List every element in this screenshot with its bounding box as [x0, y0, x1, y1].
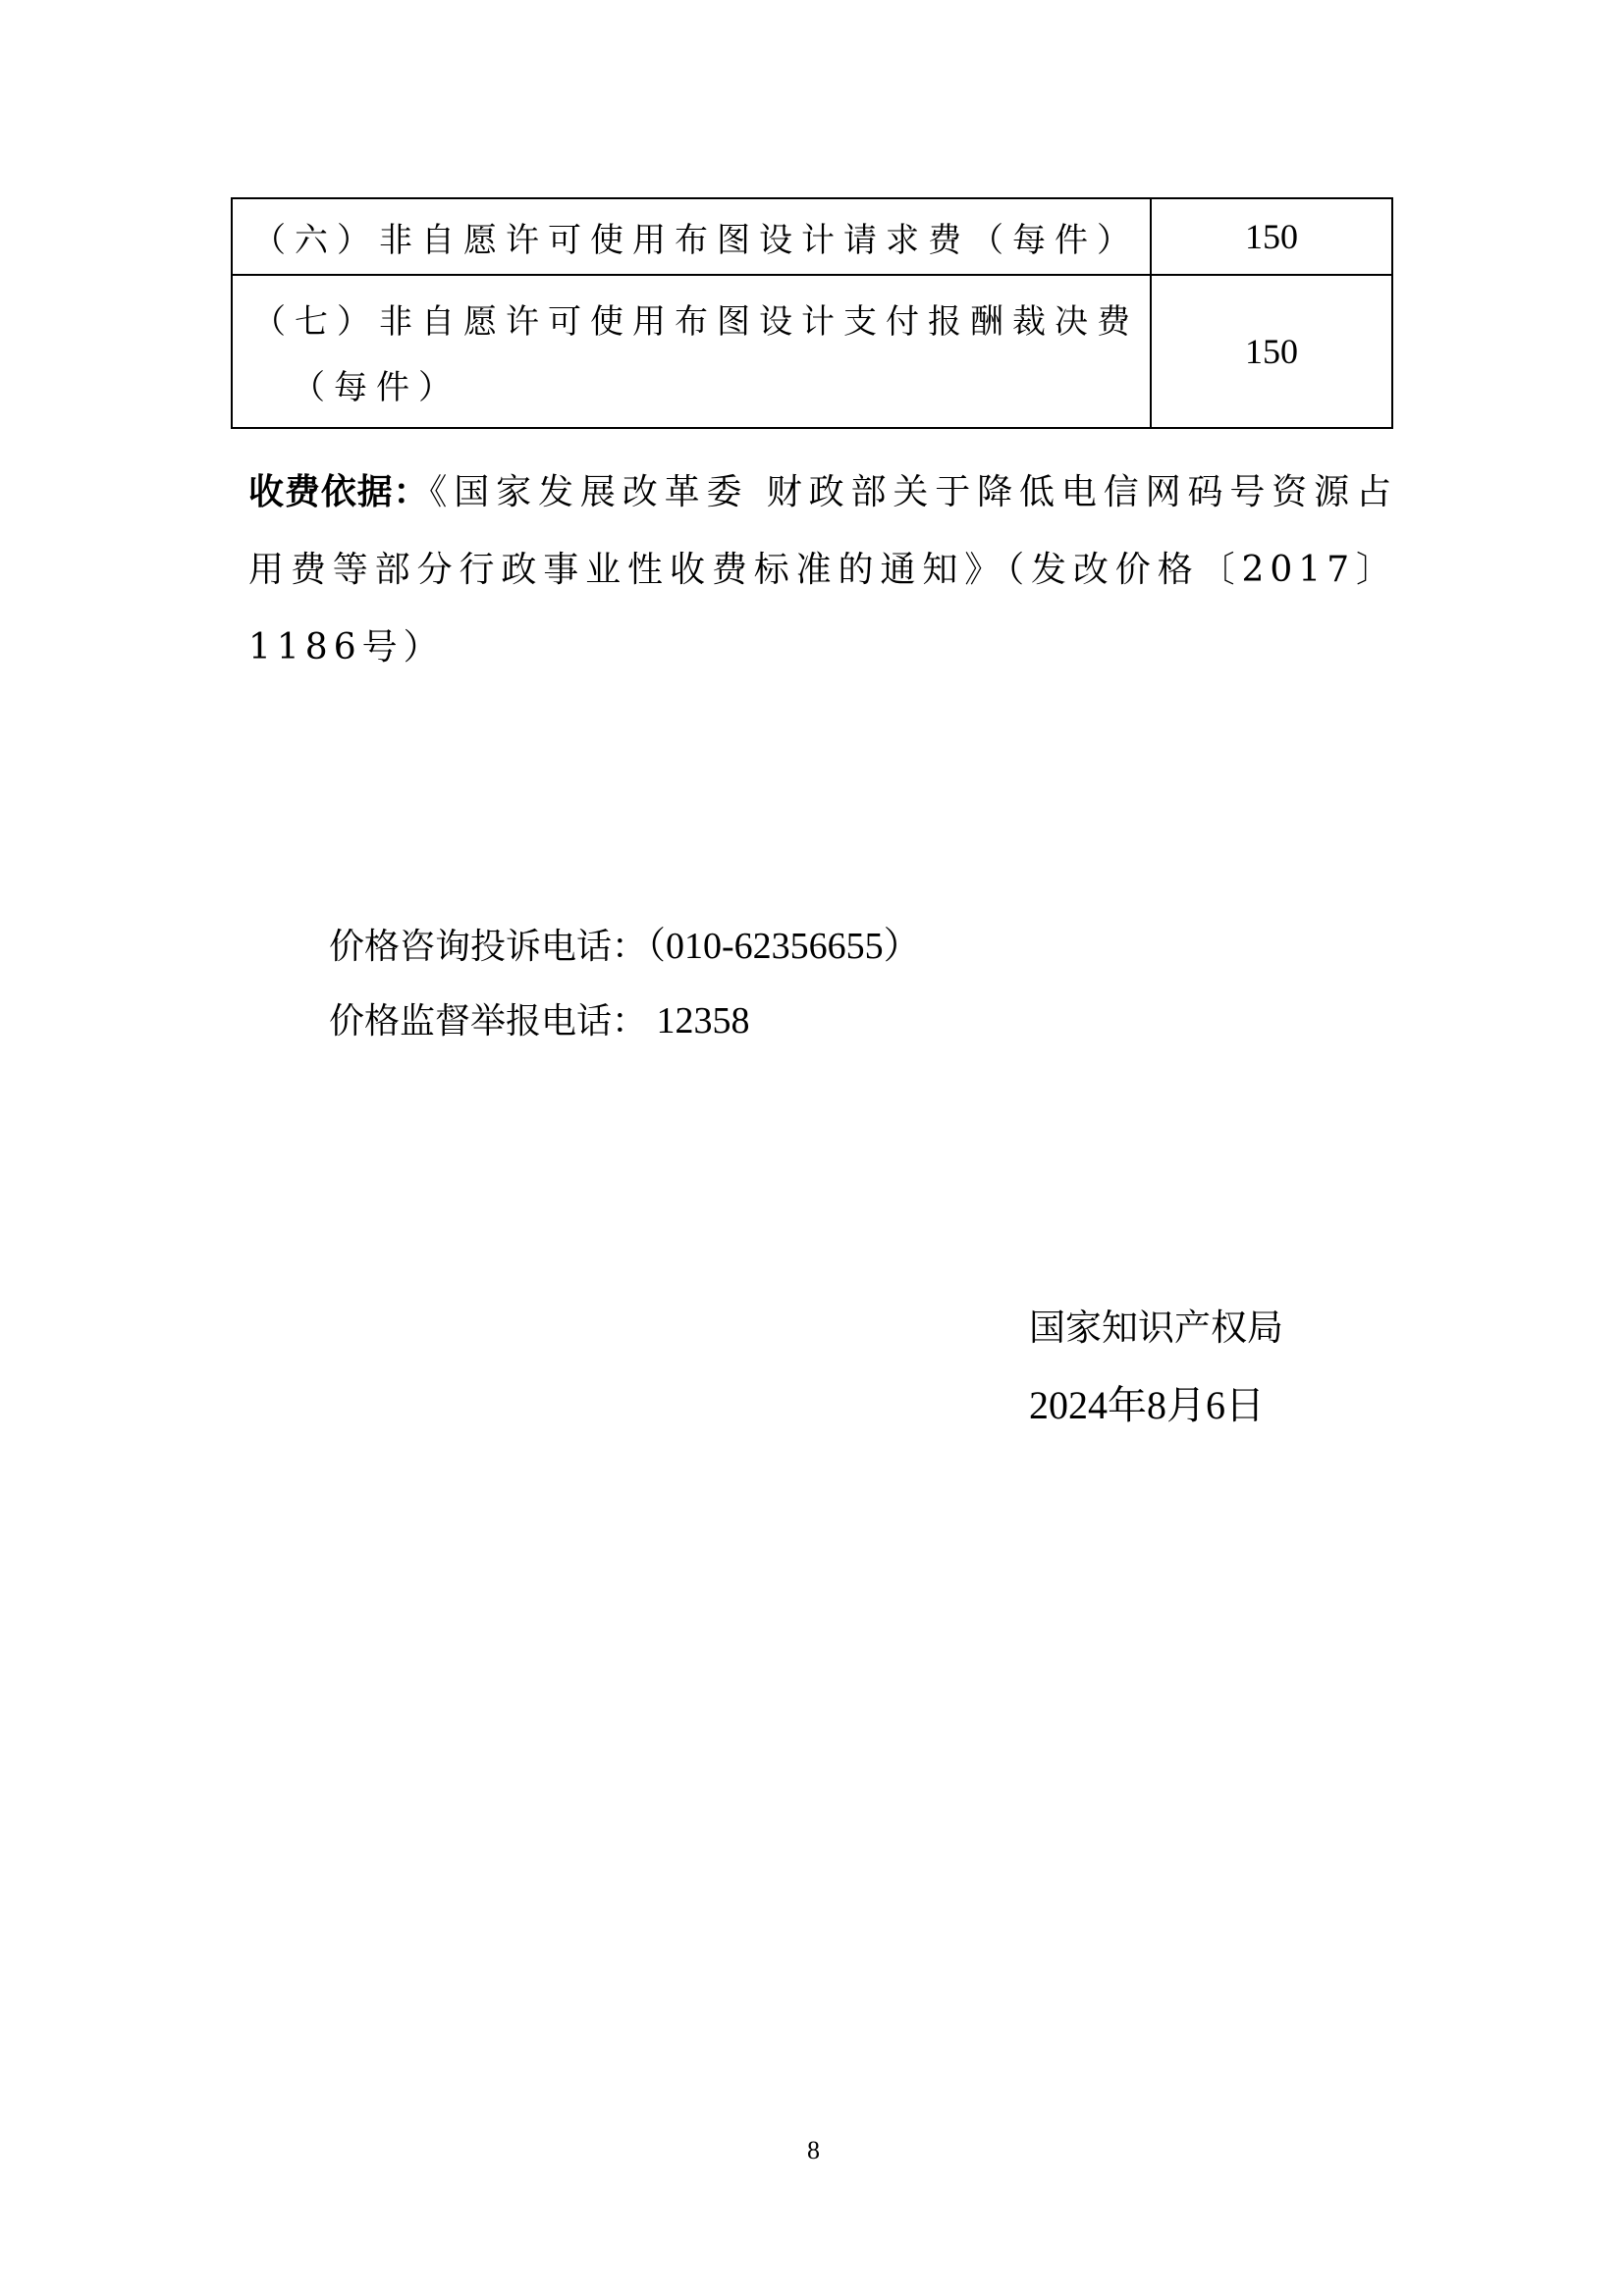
fee-item-text: （七）非自愿许可使用布图设计支付报酬裁决费 [252, 302, 1139, 342]
fee-item-text: （六）非自愿许可使用布图设计请求费（每件） [252, 221, 1139, 260]
table-row: （六）非自愿许可使用布图设计请求费（每件） 150 [232, 198, 1392, 275]
price-report-phone: 价格监督举报电话： 12358 [329, 993, 750, 1043]
fee-basis-label: 收费依据： [248, 472, 429, 512]
signature-date: 2024年8月6日 [1029, 1374, 1265, 1430]
fee-item-text-continued: （每件） [252, 360, 1150, 408]
contact-number: （010-62356655） [647, 926, 921, 967]
contact-label: 价格监督举报电话： [329, 1001, 647, 1041]
fee-item-cell: （六）非自愿许可使用布图设计请求费（每件） [232, 198, 1151, 275]
page-number: 8 [807, 2136, 820, 2165]
fee-basis-paragraph: 收费依据：《国家发展改革委 财政部关于降低电信网码号资源占用费等部分行政事业性收… [248, 454, 1397, 686]
signature-organization: 国家知识产权局 [1029, 1298, 1283, 1351]
fee-amount-cell: 150 [1151, 275, 1392, 428]
consult-complaint-phone: 价格咨询投诉电话：（010-62356655） [329, 915, 921, 969]
contact-number: 12358 [647, 1000, 750, 1041]
table-row: （七）非自愿许可使用布图设计支付报酬裁决费 （每件） 150 [232, 275, 1392, 428]
fee-amount-cell: 150 [1151, 198, 1392, 275]
fee-item-cell: （七）非自愿许可使用布图设计支付报酬裁决费 （每件） [232, 275, 1151, 428]
contact-label: 价格咨询投诉电话： [329, 927, 647, 967]
fee-table: （六）非自愿许可使用布图设计请求费（每件） 150 （七）非自愿许可使用布图设计… [231, 197, 1393, 429]
